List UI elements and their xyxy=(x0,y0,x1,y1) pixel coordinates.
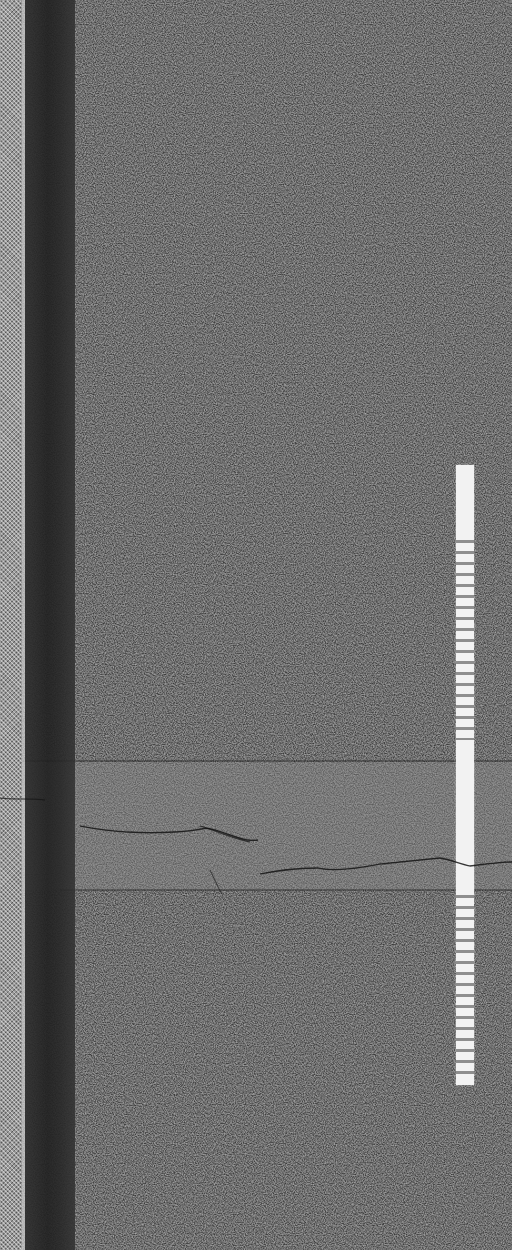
road-scene xyxy=(0,0,512,1250)
pavement-cracks xyxy=(0,0,512,1250)
